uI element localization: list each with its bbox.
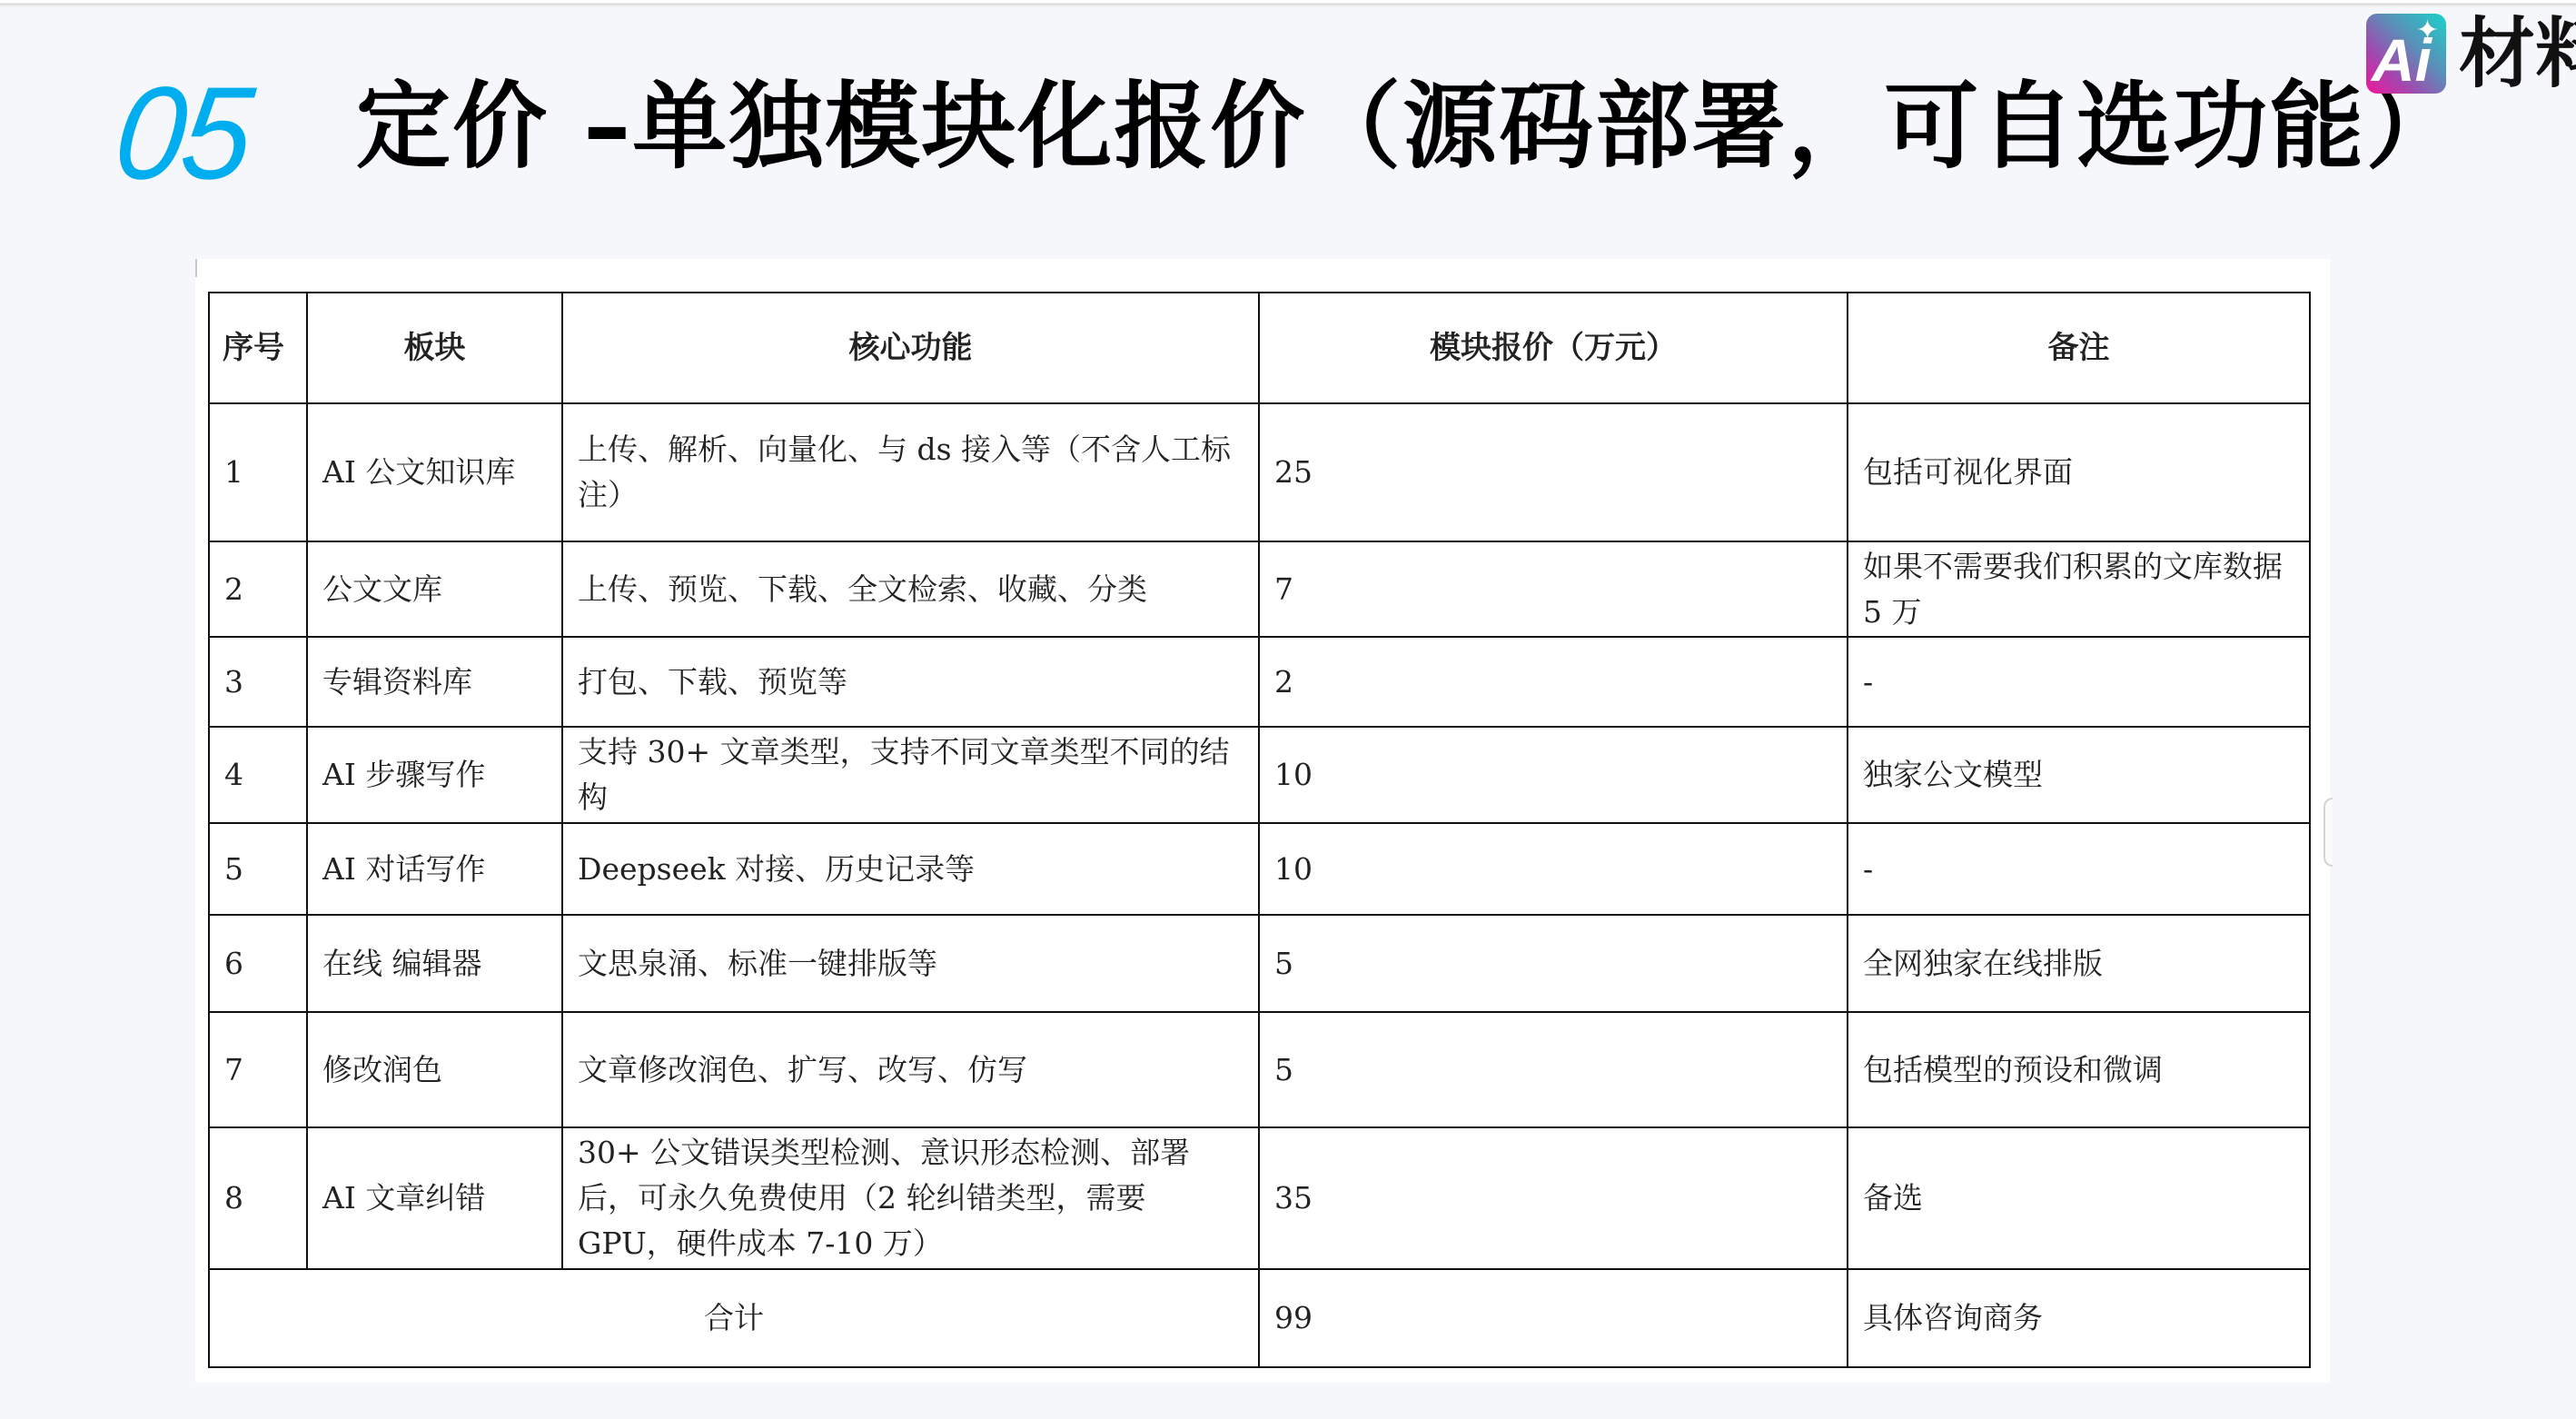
header-features: 核心功能 (562, 293, 1259, 403)
total-price: 99 (1259, 1269, 1848, 1367)
cell-module: 在线 编辑器 (307, 915, 562, 1012)
cell-module: AI 对话写作 (307, 823, 562, 915)
total-label: 合计 (209, 1269, 1259, 1367)
cell-seq: 2 (209, 541, 307, 637)
header-seq: 序号 (209, 293, 307, 403)
cell-price: 35 (1259, 1127, 1848, 1269)
sparkle-icon: ✦ (2416, 17, 2439, 45)
table-row: 4 AI 步骤写作 支持 30+ 文章类型，支持不同文章类型不同的结构 10 独… (209, 727, 2310, 823)
brand-logo-group: Ai ✦ 材料 (2366, 13, 2576, 94)
brand-name: 材料 (2459, 15, 2576, 92)
card-edge-mark (195, 259, 197, 277)
cell-note: 全网独家在线排版 (1848, 915, 2310, 1012)
cell-price: 2 (1259, 637, 1848, 727)
page-title: 定价 –单独模块化报价（源码部署，可自选功能） (356, 74, 2462, 178)
table-total-row: 合计 99 具体咨询商务 (209, 1269, 2310, 1367)
cell-seq: 5 (209, 823, 307, 915)
cell-seq: 8 (209, 1127, 307, 1269)
cell-note: 包括模型的预设和微调 (1848, 1012, 2310, 1127)
cell-features: 上传、预览、下载、全文检索、收藏、分类 (562, 541, 1259, 637)
cell-price: 5 (1259, 1012, 1848, 1127)
cell-seq: 4 (209, 727, 307, 823)
cell-seq: 6 (209, 915, 307, 1012)
table-row: 5 AI 对话写作 Deepseek 对接、历史记录等 10 - (209, 823, 2310, 915)
cell-module: AI 文章纠错 (307, 1127, 562, 1269)
table-row: 2 公文文库 上传、预览、下载、全文检索、收藏、分类 7 如果不需要我们积累的文… (209, 541, 2310, 637)
cell-note: 如果不需要我们积累的文库数据 5 万 (1848, 541, 2310, 637)
cell-note: 独家公文模型 (1848, 727, 2310, 823)
cell-module: AI 公文知识库 (307, 403, 562, 541)
cell-features: 上传、解析、向量化、与 ds 接入等（不含人工标注） (562, 403, 1259, 541)
cell-price: 7 (1259, 541, 1848, 637)
table-row: 6 在线 编辑器 文思泉涌、标准一键排版等 5 全网独家在线排版 (209, 915, 2310, 1012)
cell-module: 修改润色 (307, 1012, 562, 1127)
cell-price: 10 (1259, 727, 1848, 823)
cell-note: 包括可视化界面 (1848, 403, 2310, 541)
table-header-row: 序号 板块 核心功能 模块报价（万元） 备注 (209, 293, 2310, 403)
cell-module: AI 步骤写作 (307, 727, 562, 823)
cell-features: 30+ 公文错误类型检测、意识形态检测、部署后，可永久免费使用（2 轮纠错类型，… (562, 1127, 1259, 1269)
slide-header: 05 定价 –单独模块化报价（源码部署，可自选功能） (0, 55, 2576, 191)
cell-note: 备选 (1848, 1127, 2310, 1269)
table-row: 7 修改润色 文章修改润色、扩写、改写、仿写 5 包括模型的预设和微调 (209, 1012, 2310, 1127)
cell-price: 25 (1259, 403, 1848, 541)
cell-seq: 7 (209, 1012, 307, 1127)
header-module: 板块 (307, 293, 562, 403)
table-row: 3 专辑资料库 打包、下载、预览等 2 - (209, 637, 2310, 727)
window-top-edge (0, 0, 2576, 7)
cell-module: 专辑资料库 (307, 637, 562, 727)
table-row: 1 AI 公文知识库 上传、解析、向量化、与 ds 接入等（不含人工标注） 25… (209, 403, 2310, 541)
cell-seq: 1 (209, 403, 307, 541)
header-note: 备注 (1848, 293, 2310, 403)
header-price: 模块报价（万元） (1259, 293, 1848, 403)
cell-features: 文章修改润色、扩写、改写、仿写 (562, 1012, 1259, 1127)
side-panel-handle[interactable] (2323, 798, 2333, 867)
cell-note: - (1848, 637, 2310, 727)
section-number: 05 (109, 68, 255, 200)
cell-features: 文思泉涌、标准一键排版等 (562, 915, 1259, 1012)
cell-note: - (1848, 823, 2310, 915)
total-note: 具体咨询商务 (1848, 1269, 2310, 1367)
cell-price: 5 (1259, 915, 1848, 1012)
cell-module: 公文文库 (307, 541, 562, 637)
pricing-table: 序号 板块 核心功能 模块报价（万元） 备注 1 AI 公文知识库 上传、解析、… (208, 292, 2311, 1368)
cell-price: 10 (1259, 823, 1848, 915)
cell-features: Deepseek 对接、历史记录等 (562, 823, 1259, 915)
cell-features: 支持 30+ 文章类型，支持不同文章类型不同的结构 (562, 727, 1259, 823)
table-row: 8 AI 文章纠错 30+ 公文错误类型检测、意识形态检测、部署后，可永久免费使… (209, 1127, 2310, 1269)
ai-logo-icon: Ai ✦ (2366, 14, 2446, 94)
cell-features: 打包、下载、预览等 (562, 637, 1259, 727)
cell-seq: 3 (209, 637, 307, 727)
